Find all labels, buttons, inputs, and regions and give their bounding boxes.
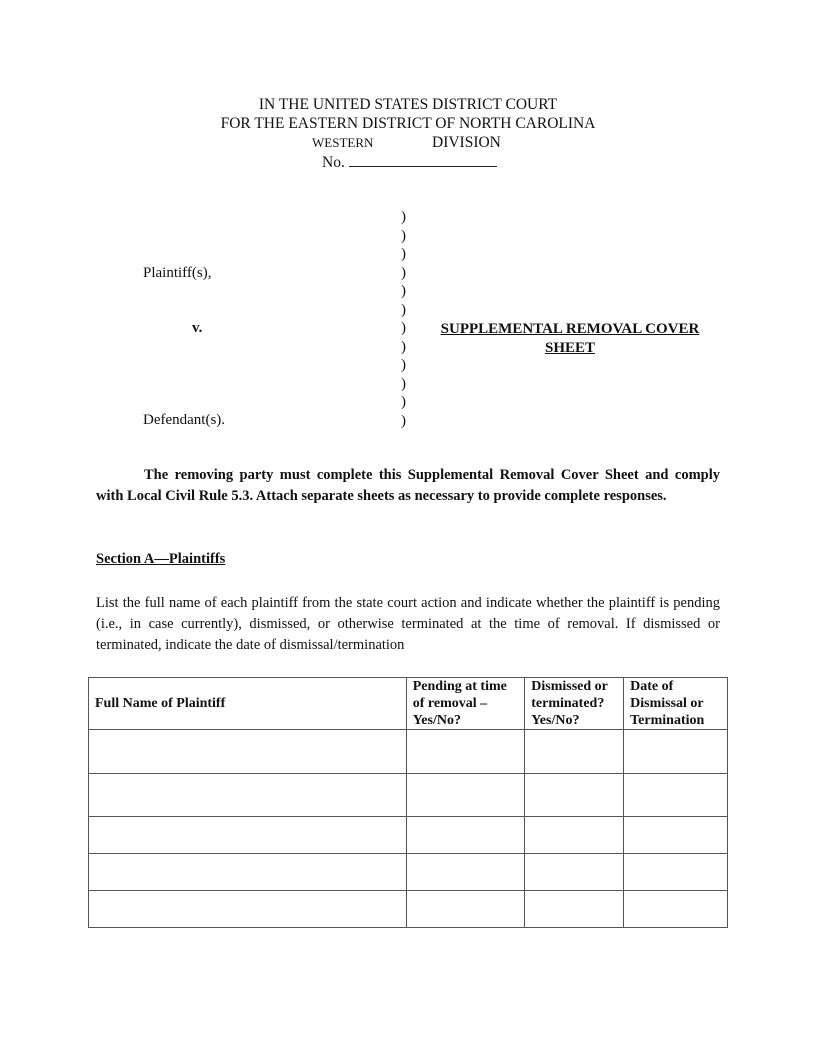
instructions-paragraph: The removing party must complete this Su… bbox=[96, 465, 720, 507]
caption-bracket: ) bbox=[401, 264, 413, 283]
dismissed-cell[interactable] bbox=[525, 817, 624, 854]
document-title: SUPPLEMENTAL REMOVAL COVER SHEET bbox=[420, 320, 720, 358]
section-a-heading: Section A—Plaintiffs bbox=[96, 551, 225, 568]
dismissed-cell[interactable] bbox=[525, 891, 624, 928]
date-cell[interactable] bbox=[624, 774, 728, 817]
caption-bracket: ) bbox=[401, 319, 413, 338]
court-name: IN THE UNITED STATES DISTRICT COURT bbox=[0, 95, 816, 114]
date-cell[interactable] bbox=[624, 854, 728, 891]
dismissed-cell[interactable] bbox=[525, 854, 624, 891]
case-number-line: No. bbox=[322, 152, 497, 172]
table-header-row: Full Name of Plaintiff Pending at time o… bbox=[89, 678, 728, 730]
pending-cell[interactable] bbox=[406, 730, 525, 774]
caption-bracket: ) bbox=[401, 338, 413, 357]
date-cell[interactable] bbox=[624, 891, 728, 928]
column-header-dismissed: Dismissed or terminated? Yes/No? bbox=[525, 678, 624, 730]
table-row bbox=[89, 854, 728, 891]
table-row bbox=[89, 730, 728, 774]
plaintiffs-table: Full Name of Plaintiff Pending at time o… bbox=[88, 677, 728, 928]
plaintiff-name-cell[interactable] bbox=[89, 854, 407, 891]
column-header-pending: Pending at time of removal – Yes/No? bbox=[406, 678, 525, 730]
document-title-line1: SUPPLEMENTAL REMOVAL COVER bbox=[420, 320, 720, 339]
defendant-label: Defendant(s). bbox=[143, 412, 225, 429]
caption-bracket: ) bbox=[401, 356, 413, 375]
document-title-line2: SHEET bbox=[420, 339, 720, 358]
plaintiff-name-cell[interactable] bbox=[89, 774, 407, 817]
caption-bracket: ) bbox=[401, 282, 413, 301]
caption-brackets: )))))))))))) bbox=[401, 208, 413, 430]
caption-bracket: ) bbox=[401, 412, 413, 431]
plaintiff-label: Plaintiff(s), bbox=[143, 265, 211, 282]
caption-bracket: ) bbox=[401, 375, 413, 394]
plaintiff-name-cell[interactable] bbox=[89, 730, 407, 774]
district-name: FOR THE EASTERN DISTRICT OF NORTH CAROLI… bbox=[0, 114, 816, 133]
section-a-description: List the full name of each plaintiff fro… bbox=[96, 593, 720, 656]
table-row bbox=[89, 891, 728, 928]
column-header-date: Date of Dismissal or Termination bbox=[624, 678, 728, 730]
division-field[interactable]: WESTERN bbox=[312, 133, 432, 152]
case-number-label: No. bbox=[322, 154, 345, 171]
dismissed-cell[interactable] bbox=[525, 730, 624, 774]
caption-bracket: ) bbox=[401, 208, 413, 227]
case-number-field[interactable] bbox=[349, 152, 497, 167]
caption-bracket: ) bbox=[401, 301, 413, 320]
caption-bracket: ) bbox=[401, 245, 413, 264]
caption-bracket: ) bbox=[401, 393, 413, 412]
dismissed-cell[interactable] bbox=[525, 774, 624, 817]
table-row bbox=[89, 774, 728, 817]
caption-bracket: ) bbox=[401, 227, 413, 246]
division-line: WESTERNDIVISION bbox=[312, 133, 532, 152]
versus-label: v. bbox=[192, 320, 202, 337]
date-cell[interactable] bbox=[624, 817, 728, 854]
pending-cell[interactable] bbox=[406, 817, 525, 854]
pending-cell[interactable] bbox=[406, 774, 525, 817]
plaintiff-name-cell[interactable] bbox=[89, 891, 407, 928]
table-row bbox=[89, 817, 728, 854]
date-cell[interactable] bbox=[624, 730, 728, 774]
plaintiff-name-cell[interactable] bbox=[89, 817, 407, 854]
column-header-full-name: Full Name of Plaintiff bbox=[89, 678, 407, 730]
division-label: DIVISION bbox=[432, 134, 501, 151]
pending-cell[interactable] bbox=[406, 891, 525, 928]
pending-cell[interactable] bbox=[406, 854, 525, 891]
